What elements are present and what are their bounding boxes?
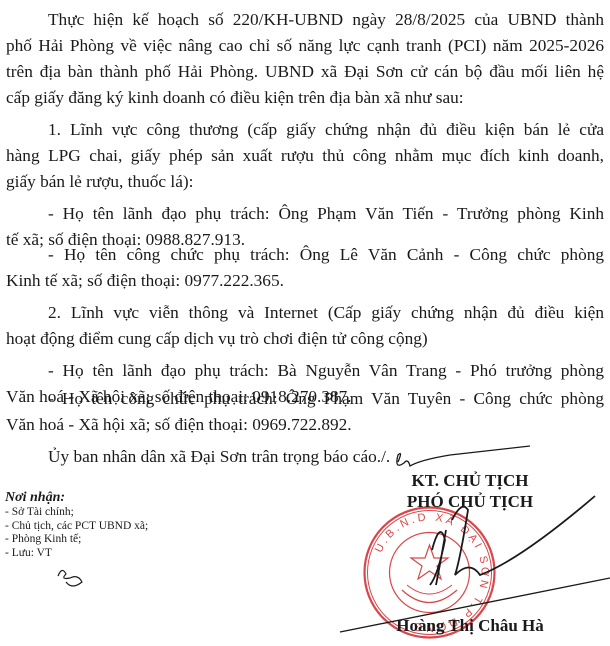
body-line: Văn hoá - Xã hội xã; số điện thoại: 0969… — [6, 415, 604, 435]
recipient-item: - Phòng Kinh tế; — [5, 533, 148, 547]
body-line: - Họ tên lãnh đạo phụ trách: Ông Phạm Vă… — [48, 204, 604, 224]
recipient-item: - Chủ tịch, các PCT UBND xã; — [5, 520, 148, 534]
recipient-item: - Sở Tài chính; — [5, 506, 148, 520]
body-line: - Họ tên công chức phụ trách: Ông Lê Văn… — [48, 245, 604, 265]
body-line: 2. Lĩnh vực viễn thông và Internet (Cấp … — [48, 303, 604, 323]
signature-title-1: KT. CHỦ TỊCH — [355, 470, 585, 491]
body-line: 1. Lĩnh vực công thương (cấp giấy chứng … — [48, 120, 604, 140]
body-line: Thực hiện kế hoạch số 220/KH-UBND ngày 2… — [48, 10, 604, 30]
body-line: hàng LPG chai, giấy phép sản xuất rượu t… — [6, 146, 604, 166]
closing-line: Ủy ban nhân dân xã Đại Sơn trân trọng bá… — [48, 447, 604, 467]
body-line: - Họ tên công chức phụ trách: Ông Phạm V… — [48, 389, 604, 409]
body-line: trên địa bàn thành phố Hải Phòng. UBND x… — [6, 62, 604, 82]
signature-block: KT. CHỦ TỊCH PHÓ CHỦ TỊCH — [355, 470, 585, 512]
body-line: Kinh tế xã; số điện thoại: 0977.222.365. — [6, 271, 604, 291]
body-line: phố Hải Phòng về việc nâng cao chỉ số nă… — [6, 36, 604, 56]
body-line: giấy bán lẻ rượu, thuốc lá): — [6, 172, 604, 192]
signer-name: Hoàng Thị Châu Hà — [355, 616, 585, 636]
recipient-item: - Lưu: VT — [5, 547, 148, 561]
body-line: cấp giấy đăng ký kinh doanh có điều kiện… — [6, 88, 604, 108]
body-line: - Họ tên lãnh đạo phụ trách: Bà Nguyễn V… — [48, 361, 604, 381]
recipients-title: Nơi nhận: — [5, 490, 148, 506]
recipients-block: Nơi nhận: - Sở Tài chính; - Chủ tịch, cá… — [5, 490, 148, 560]
body-line: hoạt động điểm cung cấp dịch vụ trò chơi… — [6, 329, 604, 349]
signature-title-2: PHÓ CHỦ TỊCH — [355, 491, 585, 512]
